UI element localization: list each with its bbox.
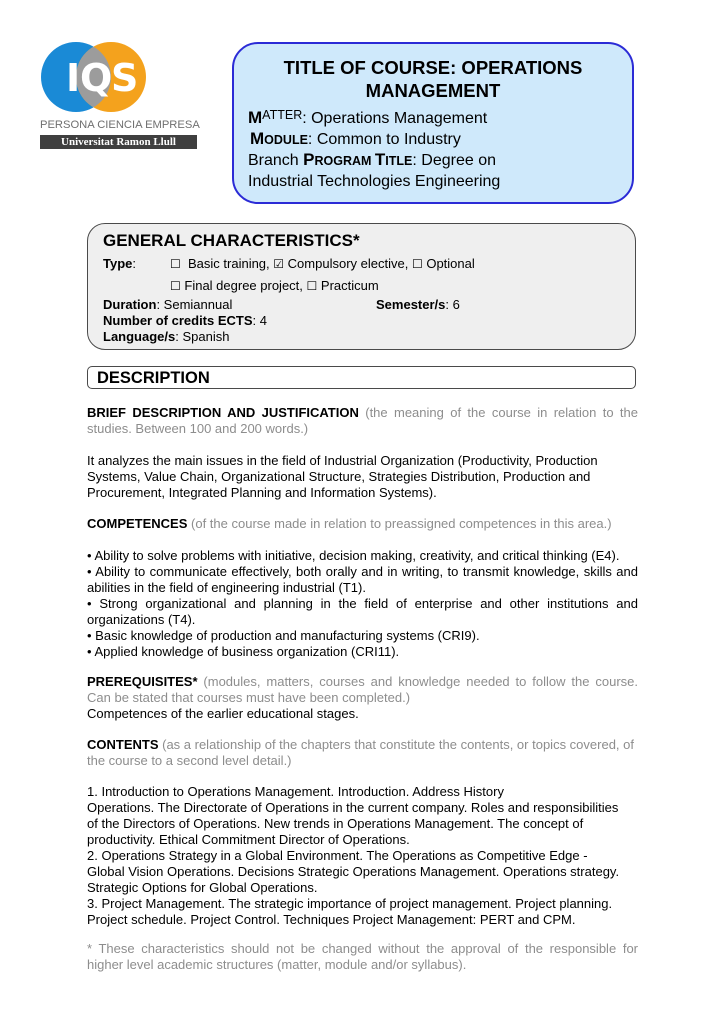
iqs-circles-logo-icon: I Q S <box>40 40 150 114</box>
duration-row: Duration: Semiannual <box>103 297 232 312</box>
checked-box-icon: ☑ <box>273 257 284 271</box>
competence-item: • Ability to communicate effectively, bo… <box>87 564 638 596</box>
checkbox-optional[interactable]: ☐ Optional <box>412 256 475 271</box>
contents-line: Operations. The Directorate of Operation… <box>87 800 647 816</box>
module-value: : Common to Industry <box>308 131 461 148</box>
brief-description-text: It analyzes the main issues in the field… <box>87 453 638 501</box>
checkbox-compulsory-elective[interactable]: ☑ Compulsory elective, <box>273 256 408 271</box>
credits-label: Number of credits ECTS <box>103 313 253 328</box>
branch-prefix: Branch <box>248 152 303 169</box>
contents-line: Project schedule. Project Control. Techn… <box>87 912 647 928</box>
contents-line: productivity. Ethical Commitment Directo… <box>87 832 647 848</box>
description-header-box: DESCRIPTION <box>87 366 636 389</box>
program-label-rest: ROGRAM <box>314 154 374 168</box>
credits-row: Number of credits ECTS: 4 <box>103 313 267 328</box>
general-characteristics-heading: GENERAL CHARACTERISTICS* <box>103 231 360 251</box>
program-value-line-2: Industrial Technologies Engineering <box>248 172 500 192</box>
title-label-rest: ITLE <box>385 154 412 168</box>
checkbox-basic-training[interactable]: ☐ Basic training, <box>170 256 270 271</box>
logo-letter-i: I <box>66 56 80 100</box>
course-title-line-2: MANAGEMENT <box>234 79 632 102</box>
svg-text:Q: Q <box>80 56 112 100</box>
contents-heading: CONTENTS (as a relationship of the chapt… <box>87 737 638 769</box>
course-title: TITLE OF COURSE: OPERATIONS MANAGEMENT <box>234 56 632 102</box>
semester-row: Semester/s: 6 <box>376 297 460 312</box>
checkbox-final-degree-project[interactable]: ☐ Final degree project, <box>170 278 303 293</box>
prerequisites-text: Competences of the earlier educational s… <box>87 706 638 722</box>
contents-line: of the Directors of Operations. New tren… <box>87 816 647 832</box>
unchecked-box-icon: ☐ <box>170 279 181 293</box>
contents-line: Global Vision Operations. Decisions Stra… <box>87 864 647 880</box>
program-line: Branch PROGRAM TITLE: Degree on <box>248 150 500 172</box>
semester-label: Semester/s <box>376 297 445 312</box>
description-heading: DESCRIPTION <box>97 369 210 388</box>
course-title-box: TITLE OF COURSE: OPERATIONS MANAGEMENT M… <box>232 42 634 204</box>
svg-text:S: S <box>111 56 138 100</box>
competence-item: • Strong organizational and planning in … <box>87 596 638 628</box>
title-label-initial: T <box>375 150 385 169</box>
course-title-line-1: TITLE OF COURSE: OPERATIONS <box>234 56 632 79</box>
contents-line: Strategic Options for Global Operations. <box>87 880 647 896</box>
general-characteristics-box: GENERAL CHARACTERISTICS* Type: ☐ Basic t… <box>87 223 636 350</box>
checkbox-practicum[interactable]: ☐ Practicum <box>307 278 379 293</box>
footnote: * These characteristics should not be ch… <box>87 941 638 973</box>
option-label: Compulsory elective, <box>288 256 409 271</box>
competences-label: COMPETENCES <box>87 516 187 531</box>
competence-item: • Applied knowledge of business organiza… <box>87 644 638 660</box>
contents-list: 1. Introduction to Operations Management… <box>87 784 647 928</box>
language-row: Language/s: Spanish <box>103 329 229 344</box>
type-label: Type <box>103 256 132 271</box>
logo-tagline: PERSONA CIENCIA EMPRESA <box>40 119 200 131</box>
contents-line: 2. Operations Strategy in a Global Envir… <box>87 848 647 864</box>
contents-line: 3. Project Management. The strategic imp… <box>87 896 647 912</box>
language-value: : Spanish <box>175 329 229 344</box>
unchecked-box-icon: ☐ <box>412 257 423 271</box>
competence-item: • Basic knowledge of production and manu… <box>87 628 638 644</box>
option-label: Basic training, <box>188 256 270 271</box>
module-label-initial: M <box>250 129 264 148</box>
contents-label: CONTENTS <box>87 737 159 752</box>
semester-value: : 6 <box>445 297 459 312</box>
type-row: Type: <box>103 256 136 271</box>
competence-item: • Ability to solve problems with initiat… <box>87 548 638 564</box>
option-label: Practicum <box>321 278 379 293</box>
brief-description-heading: BRIEF DESCRIPTION AND JUSTIFICATION (the… <box>87 405 638 437</box>
program-label-initial: P <box>303 150 314 169</box>
option-label: Optional <box>426 256 474 271</box>
language-label: Language/s <box>103 329 175 344</box>
option-label: Final degree project, <box>184 278 303 293</box>
module-line: MODULE: Common to Industry <box>248 129 500 151</box>
unchecked-box-icon: ☐ <box>170 257 181 271</box>
matter-label-rest: ATTER <box>262 108 302 122</box>
type-options-row-1: ☐ Basic training, ☑ Compulsory elective,… <box>170 256 475 271</box>
course-meta: MATTER: Operations Management MODULE: Co… <box>248 106 500 191</box>
prerequisites-heading: PREREQUISITES* (modules, matters, course… <box>87 674 638 706</box>
duration-label: Duration <box>103 297 156 312</box>
prerequisites-label: PREREQUISITES* <box>87 674 198 689</box>
credits-value: : 4 <box>253 313 267 328</box>
matter-label-initial: M <box>248 108 262 127</box>
matter-value: : Operations Management <box>302 110 487 127</box>
university-banner: Universitat Ramon Llull <box>40 135 197 149</box>
type-options-row-2: ☐ Final degree project, ☐ Practicum <box>170 278 379 293</box>
competences-list: • Ability to solve problems with initiat… <box>87 548 638 660</box>
duration-value: : Semiannual <box>156 297 232 312</box>
contents-hint: (as a relationship of the chapters that … <box>87 737 634 768</box>
contents-line: 1. Introduction to Operations Management… <box>87 784 647 800</box>
module-label-rest: ODULE <box>264 133 308 147</box>
competences-hint: (of the course made in relation to preas… <box>187 516 611 531</box>
brief-description-label: BRIEF DESCRIPTION AND JUSTIFICATION <box>87 405 359 420</box>
iqs-logo: I Q S PERSONA CIENCIA EMPRESA Universita… <box>38 40 203 152</box>
matter-line: MATTER: Operations Management <box>248 106 500 129</box>
unchecked-box-icon: ☐ <box>307 279 318 293</box>
program-value-line-1: : Degree on <box>412 152 496 169</box>
competences-heading: COMPETENCES (of the course made in relat… <box>87 516 638 532</box>
